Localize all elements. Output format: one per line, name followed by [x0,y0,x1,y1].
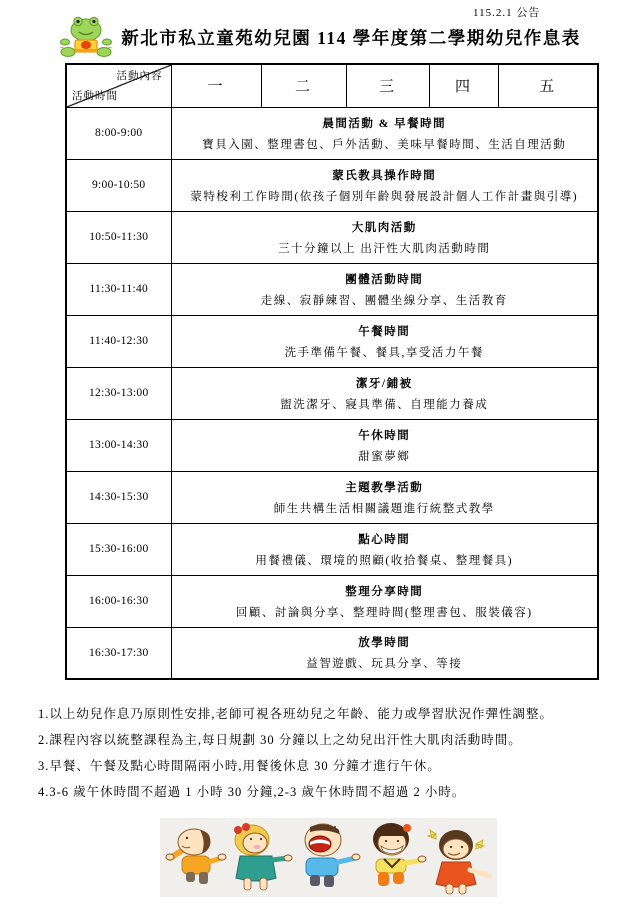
activity-description: 走線、寂靜練習、團體坐線分享、生活教育 [176,292,594,308]
activity-title: 午休時間 [176,427,594,443]
table-row: 8:00-9:00晨間活動 & 早餐時間寶貝入園、整理書包、戶外活動、美味早餐時… [66,107,598,159]
activity-title: 蒙氏教具操作時間 [176,167,594,183]
notes-section: 1.以上幼兒作息乃原則性安排,老師可視各班幼兒之年齡、能力或學習狀況作彈性調整。… [38,701,613,805]
table-row: 11:30-11:40團體活動時間走線、寂靜練習、團體坐線分享、生活教育 [66,263,598,315]
corner-label-activity-content: 活動內容 [117,68,163,83]
activity-cell: 大肌肉活動三十分鐘以上 出汗性大肌肉活動時間 [171,211,598,263]
time-cell: 11:40-12:30 [66,315,171,367]
activity-description: 盥洗潔牙、寢具準備、自理能力養成 [176,396,594,412]
activity-title: 團體活動時間 [176,271,594,287]
time-cell: 11:30-11:40 [66,263,171,315]
activity-description: 蒙特梭利工作時間(依孩子個別年齡與發展設計個人工作計畫與引導) [176,188,594,204]
corner-label-activity-time: 活動時間 [72,88,118,103]
activity-cell: 放學時間益智遊戲、玩具分享、等接 [171,627,598,679]
table-row: 11:40-12:30午餐時間洗手準備午餐、餐具,享受活力午餐 [66,315,598,367]
activity-title: 午餐時間 [176,323,594,339]
activity-description: 洗手準備午餐、餐具,享受活力午餐 [176,344,594,360]
table-row: 9:00-10:50蒙氏教具操作時間蒙特梭利工作時間(依孩子個別年齡與發展設計個… [66,159,598,211]
activity-title: 主題教學活動 [176,479,594,495]
corner-header-cell: 活動內容 活動時間 [66,64,171,107]
day-header-2: 二 [261,64,346,107]
activity-cell: 午休時間甜蜜夢鄉 [171,419,598,471]
page-title: 新北市私立童苑幼兒園 114 學年度第二學期幼兒作息表 [121,25,581,50]
schedule-table: 活動內容 活動時間 一二三四五 8:00-9:00晨間活動 & 早餐時間寶貝入園… [65,63,599,680]
table-row: 14:30-15:30主題教學活動師生共構生活相關議題進行統整式教學 [66,471,598,523]
schedule-table-body: 8:00-9:00晨間活動 & 早餐時間寶貝入園、整理書包、戶外活動、美味早餐時… [66,107,598,679]
note-line: 2.課程內容以統整課程為主,每日規劃 30 分鐘以上之幼兒出汗性大肌肉活動時間。 [38,727,613,753]
time-cell: 12:30-13:00 [66,367,171,419]
time-cell: 14:30-15:30 [66,471,171,523]
activity-cell: 點心時間用餐禮儀、環境的照顧(收拾餐桌、整理餐具) [171,523,598,575]
day-header-1: 一 [171,64,261,107]
activity-cell: 蒙氏教具操作時間蒙特梭利工作時間(依孩子個別年齡與發展設計個人工作計畫與引導) [171,159,598,211]
activity-title: 潔牙/鋪被 [176,375,594,391]
time-cell: 10:50-11:30 [66,211,171,263]
frog-mascot-icon [59,16,113,58]
activity-title: 點心時間 [176,531,594,547]
activity-description: 用餐禮儀、環境的照顧(收拾餐桌、整理餐具) [176,552,594,568]
table-row: 16:30-17:30放學時間益智遊戲、玩具分享、等接 [66,627,598,679]
table-header-row: 活動內容 活動時間 一二三四五 [66,64,598,107]
activity-description: 三十分鐘以上 出汗性大肌肉活動時間 [176,240,594,256]
activity-title: 晨間活動 & 早餐時間 [176,115,594,131]
table-row: 13:00-14:30午休時間甜蜜夢鄉 [66,419,598,471]
activity-title: 放學時間 [176,634,594,650]
time-cell: 9:00-10:50 [66,159,171,211]
activity-description: 寶貝入園、整理書包、戶外活動、美味早餐時間、生活自理活動 [176,136,594,152]
children-holding-hands-icon [160,818,497,897]
activity-cell: 整理分享時間回顧、討論與分享、整理時間(整理書包、服裝儀容) [171,575,598,627]
activity-title: 整理分享時間 [176,583,594,599]
day-header-5: 五 [498,64,598,107]
activity-cell: 潔牙/鋪被盥洗潔牙、寢具準備、自理能力養成 [171,367,598,419]
time-cell: 16:30-17:30 [66,627,171,679]
activity-cell: 團體活動時間走線、寂靜練習、團體坐線分享、生活教育 [171,263,598,315]
table-row: 10:50-11:30大肌肉活動三十分鐘以上 出汗性大肌肉活動時間 [66,211,598,263]
activity-cell: 午餐時間洗手準備午餐、餐具,享受活力午餐 [171,315,598,367]
note-line: 1.以上幼兒作息乃原則性安排,老師可視各班幼兒之年齡、能力或學習狀況作彈性調整。 [38,701,613,727]
time-cell: 16:00-16:30 [66,575,171,627]
activity-description: 甜蜜夢鄉 [176,448,594,464]
activity-title: 大肌肉活動 [176,219,594,235]
table-row: 12:30-13:00潔牙/鋪被盥洗潔牙、寢具準備、自理能力養成 [66,367,598,419]
page-header: 新北市私立童苑幼兒園 114 學年度第二學期幼兒作息表 [0,14,640,60]
activity-cell: 晨間活動 & 早餐時間寶貝入園、整理書包、戶外活動、美味早餐時間、生活自理活動 [171,107,598,159]
activity-description: 益智遊戲、玩具分享、等接 [176,655,594,671]
time-cell: 8:00-9:00 [66,107,171,159]
time-cell: 15:30-16:00 [66,523,171,575]
table-row: 16:00-16:30整理分享時間回顧、討論與分享、整理時間(整理書包、服裝儀容… [66,575,598,627]
note-line: 3.早餐、午餐及點心時間隔兩小時,用餐後休息 30 分鐘才進行午休。 [38,753,613,779]
children-illustration [160,818,497,897]
day-header-4: 四 [429,64,498,107]
activity-cell: 主題教學活動師生共構生活相關議題進行統整式教學 [171,471,598,523]
activity-description: 師生共構生活相關議題進行統整式教學 [176,500,594,516]
table-row: 15:30-16:00點心時間用餐禮儀、環境的照顧(收拾餐桌、整理餐具) [66,523,598,575]
day-header-3: 三 [346,64,429,107]
time-cell: 13:00-14:30 [66,419,171,471]
schedule-page: 115.2.1 公告 新北市私立童苑幼兒園 114 學年度第二學期幼兒作息表 [0,0,640,909]
note-line: 4.3-6 歲午休時間不超過 1 小時 30 分鐘,2-3 歲午休時間不超過 2… [38,779,613,805]
activity-description: 回顧、討論與分享、整理時間(整理書包、服裝儀容) [176,604,594,620]
